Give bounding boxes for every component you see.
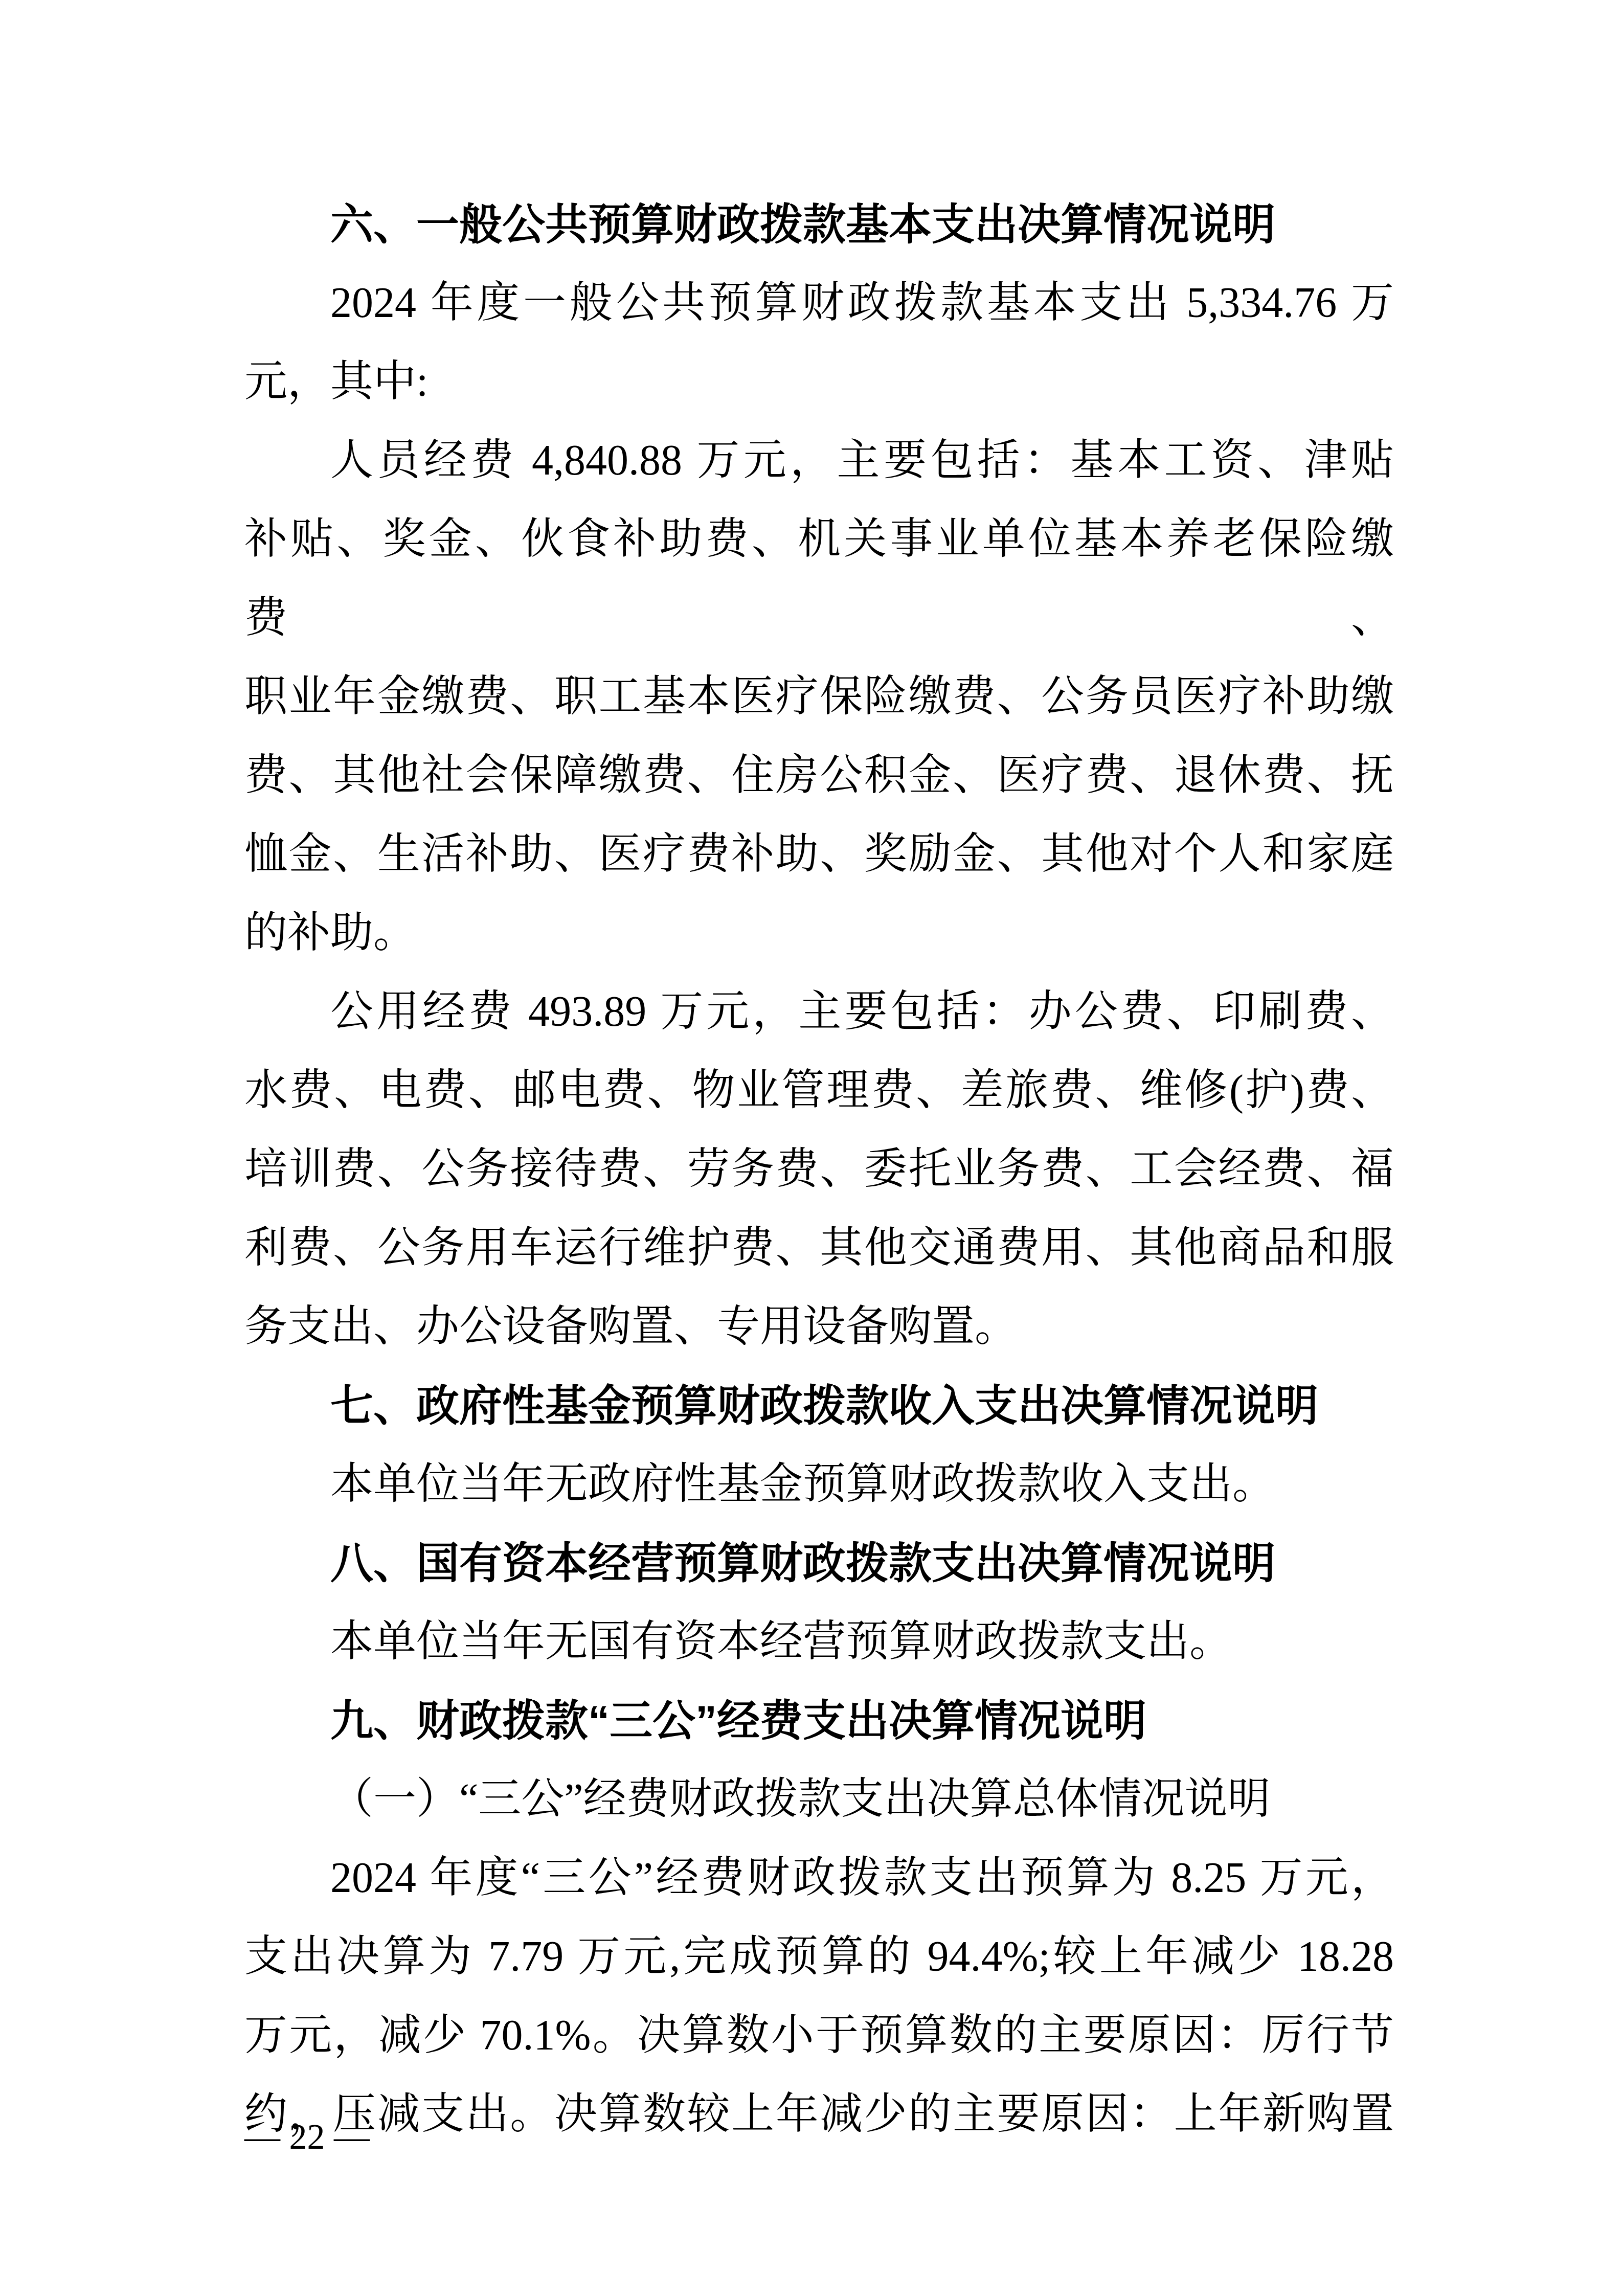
section-heading-9: 九、财政拨款“三公”经费支出决算情况说明 bbox=[244, 1681, 1394, 1760]
body-line: 约，压减支出。决算数较上年减少的主要原因：上年新购置 bbox=[244, 2075, 1394, 2154]
body-line: 培训费、公务接待费、劳务费、委托业务费、工会经费、福 bbox=[244, 1130, 1394, 1209]
document-body: 六、一般公共预算财政拨款基本支出决算情况说明 2024 年度一般公共预算财政拨款… bbox=[244, 185, 1394, 2154]
body-line: 利费、公务用车运行维护费、其他交通费用、其他商品和服 bbox=[244, 1209, 1394, 1288]
section-heading-8: 八、国有资本经营预算财政拨款支出决算情况说明 bbox=[244, 1524, 1394, 1603]
body-line: 水费、电费、邮电费、物业管理费、差旅费、维修(护)费、 bbox=[244, 1051, 1394, 1130]
body-line: 恤金、生活补助、医疗费补助、奖励金、其他对个人和家庭 bbox=[244, 815, 1394, 894]
body-line: 补贴、奖金、伙食补助费、机关事业单位基本养老保险缴费、 bbox=[244, 500, 1394, 658]
document-page: 六、一般公共预算财政拨款基本支出决算情况说明 2024 年度一般公共预算财政拨款… bbox=[0, 0, 1623, 2296]
body-line: 元，其中: bbox=[244, 343, 1394, 421]
body-line: 2024 年度一般公共预算财政拨款基本支出 5,334.76 万 bbox=[244, 264, 1394, 343]
body-line: 的补助。 bbox=[244, 894, 1394, 973]
body-line: 费、其他社会保障缴费、住房公积金、医疗费、退休费、抚 bbox=[244, 736, 1394, 815]
subsection-heading: （一）“三公”经费财政拨款支出决算总体情况说明 bbox=[244, 1760, 1394, 1839]
body-line: 2024 年度“三公”经费财政拨款支出预算为 8.25 万元， bbox=[244, 1839, 1394, 1918]
body-line: 人员经费 4,840.88 万元，主要包括：基本工资、津贴 bbox=[244, 421, 1394, 500]
section-heading-7: 七、政府性基金预算财政拨款收入支出决算情况说明 bbox=[244, 1366, 1394, 1445]
page-number: — 22 — bbox=[244, 2118, 370, 2157]
section-heading-6: 六、一般公共预算财政拨款基本支出决算情况说明 bbox=[244, 185, 1394, 264]
body-line: 务支出、办公设备购置、专用设备购置。 bbox=[244, 1288, 1394, 1366]
body-line: 万元，减少 70.1%。决算数小于预算数的主要原因：厉行节 bbox=[244, 1996, 1394, 2075]
body-line: 本单位当年无国有资本经营预算财政拨款支出。 bbox=[244, 1603, 1394, 1681]
body-line: 职业年金缴费、职工基本医疗保险缴费、公务员医疗补助缴 bbox=[244, 658, 1394, 736]
body-line: 支出决算为 7.79 万元,完成预算的 94.4%;较上年减少 18.28 bbox=[244, 1918, 1394, 1996]
page-footer: — 22 — bbox=[244, 2112, 370, 2163]
body-line: 公用经费 493.89 万元，主要包括：办公费、印刷费、 bbox=[244, 973, 1394, 1051]
body-line: 本单位当年无政府性基金预算财政拨款收入支出。 bbox=[244, 1445, 1394, 1524]
